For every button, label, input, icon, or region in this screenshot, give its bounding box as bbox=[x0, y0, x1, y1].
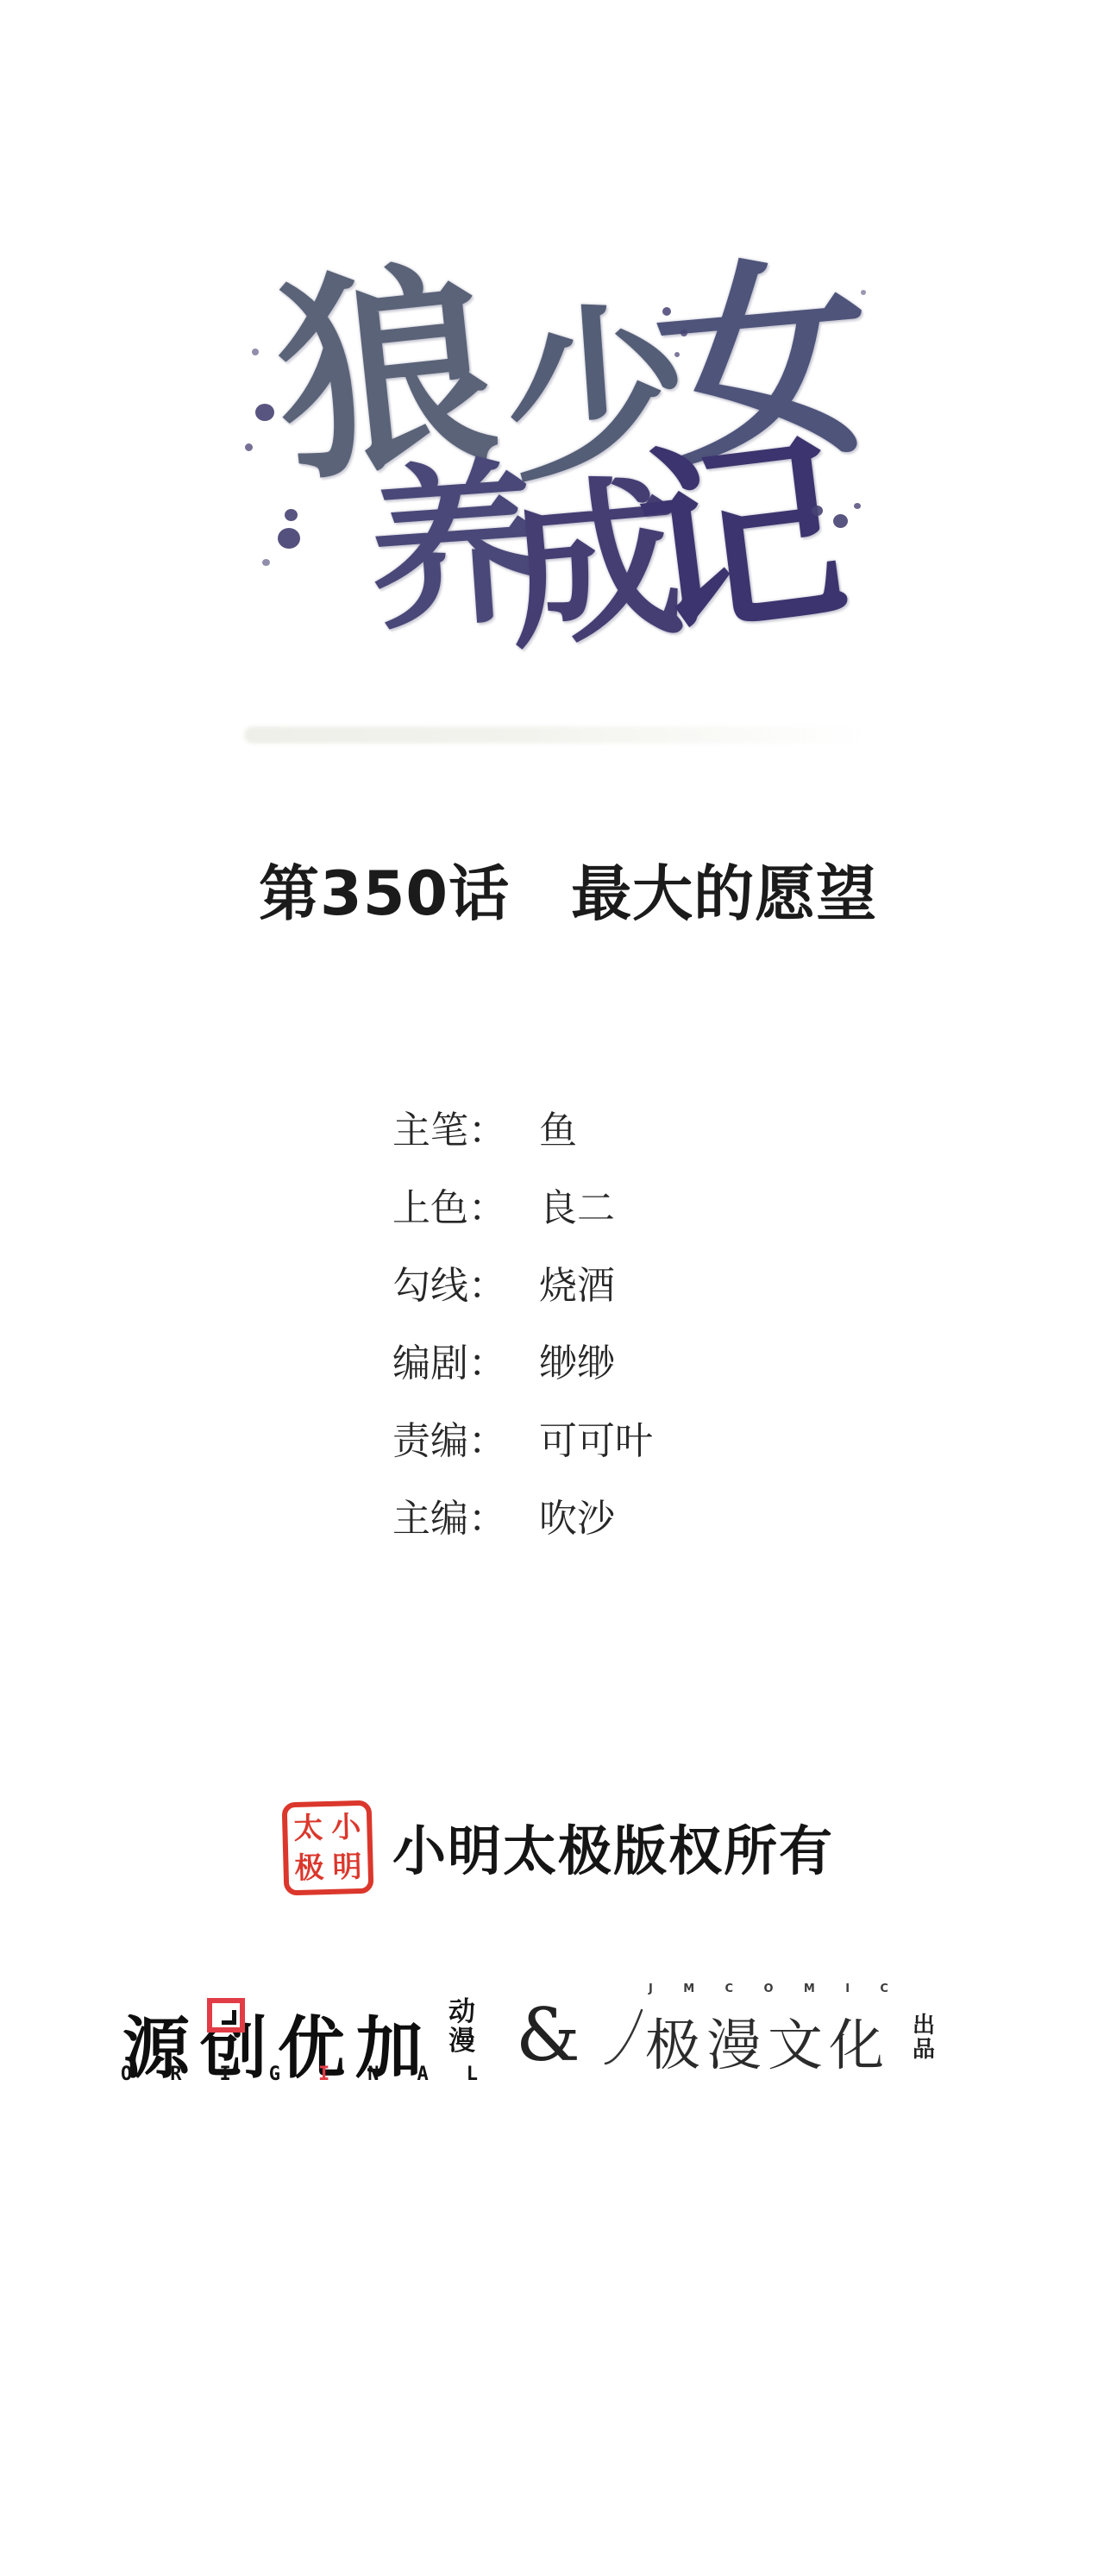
jmcomic-letter: C bbox=[725, 1982, 734, 1995]
subscript-char: 漫 bbox=[448, 2026, 475, 2056]
faint-ink-smudge bbox=[244, 726, 865, 744]
original-letter-accent: I bbox=[318, 2064, 329, 2085]
comic-title-page: 狼 少 女 养 成 记 第350话 最大的愿望 主笔： 鱼 上色： 良二 勾线 bbox=[0, 0, 1104, 2576]
credit-value: 可可叶 bbox=[539, 1421, 653, 1462]
subscript-char: 动 bbox=[448, 1997, 475, 2026]
original-letter: L bbox=[467, 2064, 478, 2085]
credit-row: 责编： 可可叶 bbox=[392, 1421, 653, 1462]
credits-list: 主笔： 鱼 上色： 良二 勾线： 烧酒 编剧： 缈缈 责编： 可可叶 主编： 吹… bbox=[392, 1110, 653, 1576]
jmcomic-letter: M bbox=[804, 1982, 815, 1995]
logo-accent-hook bbox=[222, 2010, 236, 2025]
subscript-char: 出 bbox=[913, 2014, 935, 2038]
original-letter: G bbox=[269, 2064, 280, 2085]
chapter-heading: 第350话 最大的愿望 bbox=[259, 845, 877, 933]
credit-label: 勾线： bbox=[392, 1266, 524, 1307]
original-wordmark: O R I G I N A L bbox=[121, 2064, 478, 2085]
seal-char: 太 bbox=[293, 1813, 323, 1844]
ink-splatter bbox=[245, 443, 253, 451]
ink-splatter bbox=[255, 404, 274, 421]
credit-row: 勾线： 烧酒 bbox=[392, 1266, 653, 1307]
ink-splatter bbox=[662, 307, 671, 316]
original-letter: O bbox=[121, 2064, 132, 2085]
credit-label: 责编： bbox=[392, 1421, 524, 1462]
subscript-char: 品 bbox=[913, 2038, 935, 2062]
seal-char: 明 bbox=[332, 1851, 362, 1883]
credit-row: 编剧： 缈缈 bbox=[392, 1343, 653, 1385]
credit-value: 烧酒 bbox=[539, 1266, 615, 1307]
ampersand-separator: & bbox=[516, 1993, 580, 2077]
publisher-left-subscript: 动 漫 bbox=[448, 1997, 475, 2056]
ink-splatter bbox=[262, 559, 270, 566]
jmcomic-wordmark: J M C O M I C bbox=[649, 1982, 888, 1995]
original-letter: N bbox=[367, 2064, 379, 2085]
jmcomic-letter: O bbox=[763, 1982, 773, 1995]
credit-value: 吹沙 bbox=[539, 1498, 615, 1540]
ink-splatter bbox=[833, 514, 848, 528]
jmcomic-letter: I bbox=[845, 1982, 850, 1995]
publisher-right-subscript: 出 品 bbox=[913, 2014, 935, 2062]
credit-label: 主笔： bbox=[392, 1110, 524, 1152]
credit-value: 鱼 bbox=[539, 1110, 577, 1152]
ink-splatter bbox=[681, 330, 687, 336]
jmcomic-letter: C bbox=[880, 1982, 888, 1995]
credit-label: 编剧： bbox=[392, 1343, 524, 1385]
credit-row: 主笔： 鱼 bbox=[392, 1110, 653, 1152]
ink-splatter bbox=[861, 290, 866, 295]
jmcomic-letter: M bbox=[683, 1982, 694, 1995]
copyright-text: 小明太极版权所有 bbox=[392, 1808, 834, 1885]
red-copyright-seal: 太 小 极 明 bbox=[282, 1800, 374, 1896]
seal-char: 小 bbox=[331, 1812, 361, 1844]
original-letter: A bbox=[417, 2064, 429, 2085]
ink-splatter bbox=[252, 349, 259, 355]
ink-splatter bbox=[285, 509, 298, 521]
credit-value: 良二 bbox=[539, 1188, 615, 1229]
original-letter: R bbox=[170, 2064, 181, 2085]
credit-row: 上色： 良二 bbox=[392, 1188, 653, 1229]
jmcomic-letter: J bbox=[649, 1982, 653, 1995]
seal-char: 极 bbox=[294, 1852, 324, 1884]
ink-splatter bbox=[674, 352, 680, 357]
credit-value: 缈缈 bbox=[539, 1343, 615, 1385]
ink-splatter bbox=[278, 528, 300, 549]
credit-label: 上色： bbox=[392, 1188, 524, 1229]
ink-splatter bbox=[812, 506, 823, 516]
credit-row: 主编： 吹沙 bbox=[392, 1498, 653, 1540]
ink-splatter bbox=[854, 503, 861, 509]
logo-accent-square bbox=[207, 1998, 245, 2033]
original-letter: I bbox=[220, 2064, 231, 2085]
credit-label: 主编： bbox=[392, 1498, 524, 1540]
publisher-right-logo: 极漫文化 bbox=[645, 2001, 890, 2081]
series-title-char: 记 bbox=[628, 424, 855, 651]
